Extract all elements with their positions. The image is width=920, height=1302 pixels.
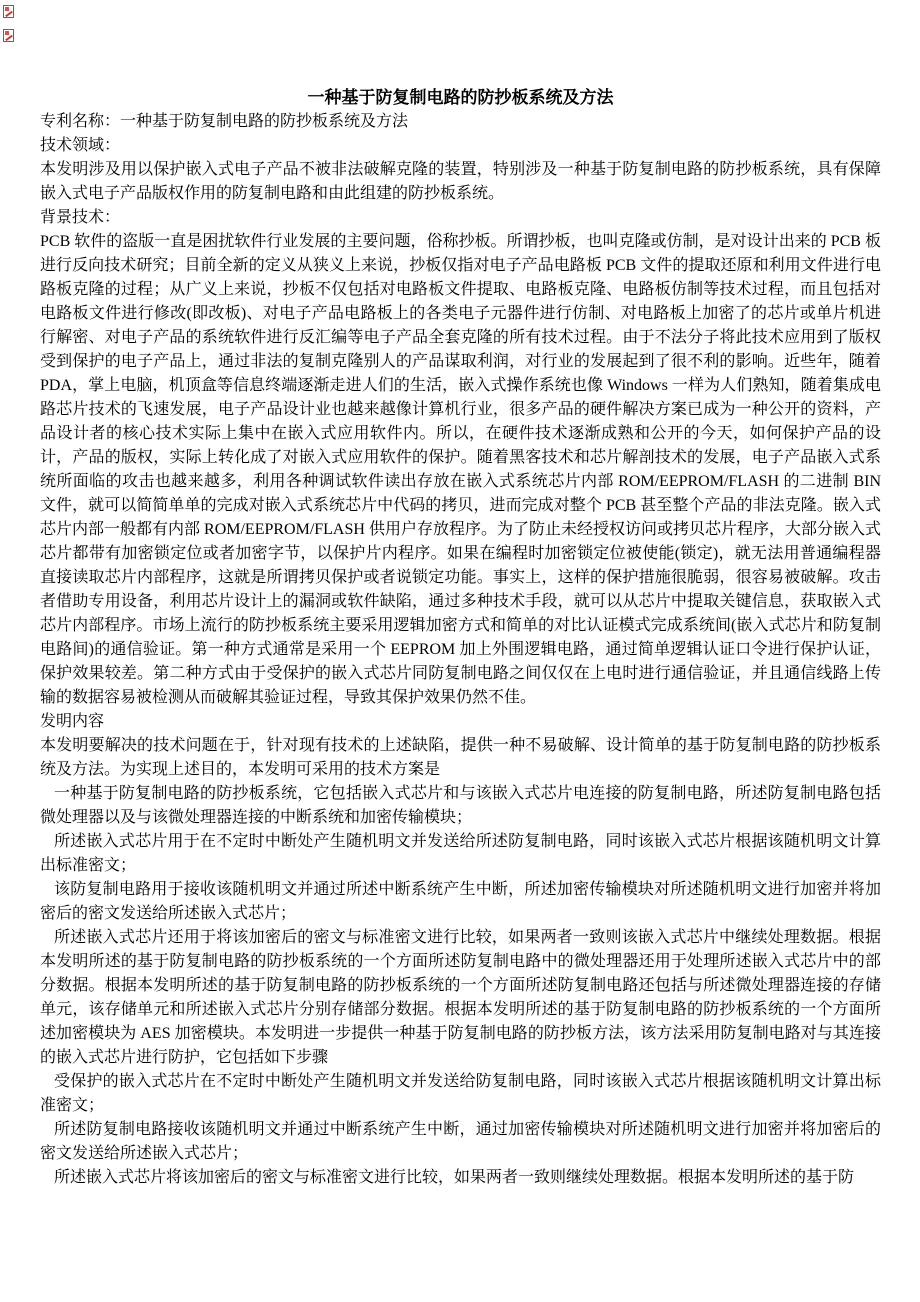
paragraph: 发明内容 <box>40 710 881 734</box>
patent-document-page: 一种基于防复制电路的防抄板系统及方法专利名称：一种基于防复制电路的防抄板系统及方… <box>0 0 920 1302</box>
paragraph: 一种基于防复制电路的防抄板系统，它包括嵌入式芯片和与该嵌入式芯片电连接的防复制电… <box>40 782 881 830</box>
paragraph: 所述嵌入式芯片还用于将该加密后的密文与标准密文进行比较，如果两者一致则该嵌入式芯… <box>40 926 881 1070</box>
document-body: 一种基于防复制电路的防抄板系统及方法专利名称：一种基于防复制电路的防抄板系统及方… <box>40 86 881 1190</box>
paragraph: 背景技术： <box>40 206 881 230</box>
paragraph: 技术领域： <box>40 134 881 158</box>
paragraph: 本发明要解决的技术问题在于，针对现有技术的上述缺陷，提供一种不易破解、设计简单的… <box>40 734 881 782</box>
corner-icons <box>3 5 19 53</box>
broken-image-icon <box>3 29 14 42</box>
paragraph: 本发明涉及用以保护嵌入式电子产品不被非法破解克隆的装置，特别涉及一种基于防复制电… <box>40 158 881 206</box>
paragraph: 该防复制电路用于接收该随机明文并通过所述中断系统产生中断，所述加密传输模块对所述… <box>40 878 881 926</box>
paragraph: PCB 软件的盗版一直是困扰软件行业发展的主要问题，俗称抄板。所谓抄板，也叫克隆… <box>40 230 881 710</box>
paragraph: 所述嵌入式芯片用于在不定时中断处产生随机明文并发送给所述防复制电路，同时该嵌入式… <box>40 830 881 878</box>
document-title: 一种基于防复制电路的防抄板系统及方法 <box>40 86 881 110</box>
broken-image-icon <box>3 5 14 18</box>
paragraph: 专利名称：一种基于防复制电路的防抄板系统及方法 <box>40 110 881 134</box>
paragraph: 受保护的嵌入式芯片在不定时中断处产生随机明文并发送给防复制电路，同时该嵌入式芯片… <box>40 1070 881 1118</box>
paragraph: 所述嵌入式芯片将该加密后的密文与标准密文进行比较，如果两者一致则继续处理数据。根… <box>40 1166 881 1190</box>
paragraph: 所述防复制电路接收该随机明文并通过中断系统产生中断，通过加密传输模块对所述随机明… <box>40 1118 881 1166</box>
